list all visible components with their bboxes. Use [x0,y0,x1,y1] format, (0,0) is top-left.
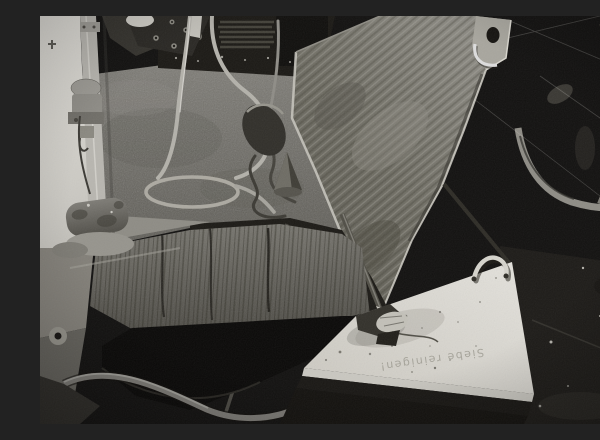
photograph: Siebe reinigen! [40,16,600,424]
photo-canvas: Siebe reinigen! [40,16,600,424]
vignette [40,16,600,424]
